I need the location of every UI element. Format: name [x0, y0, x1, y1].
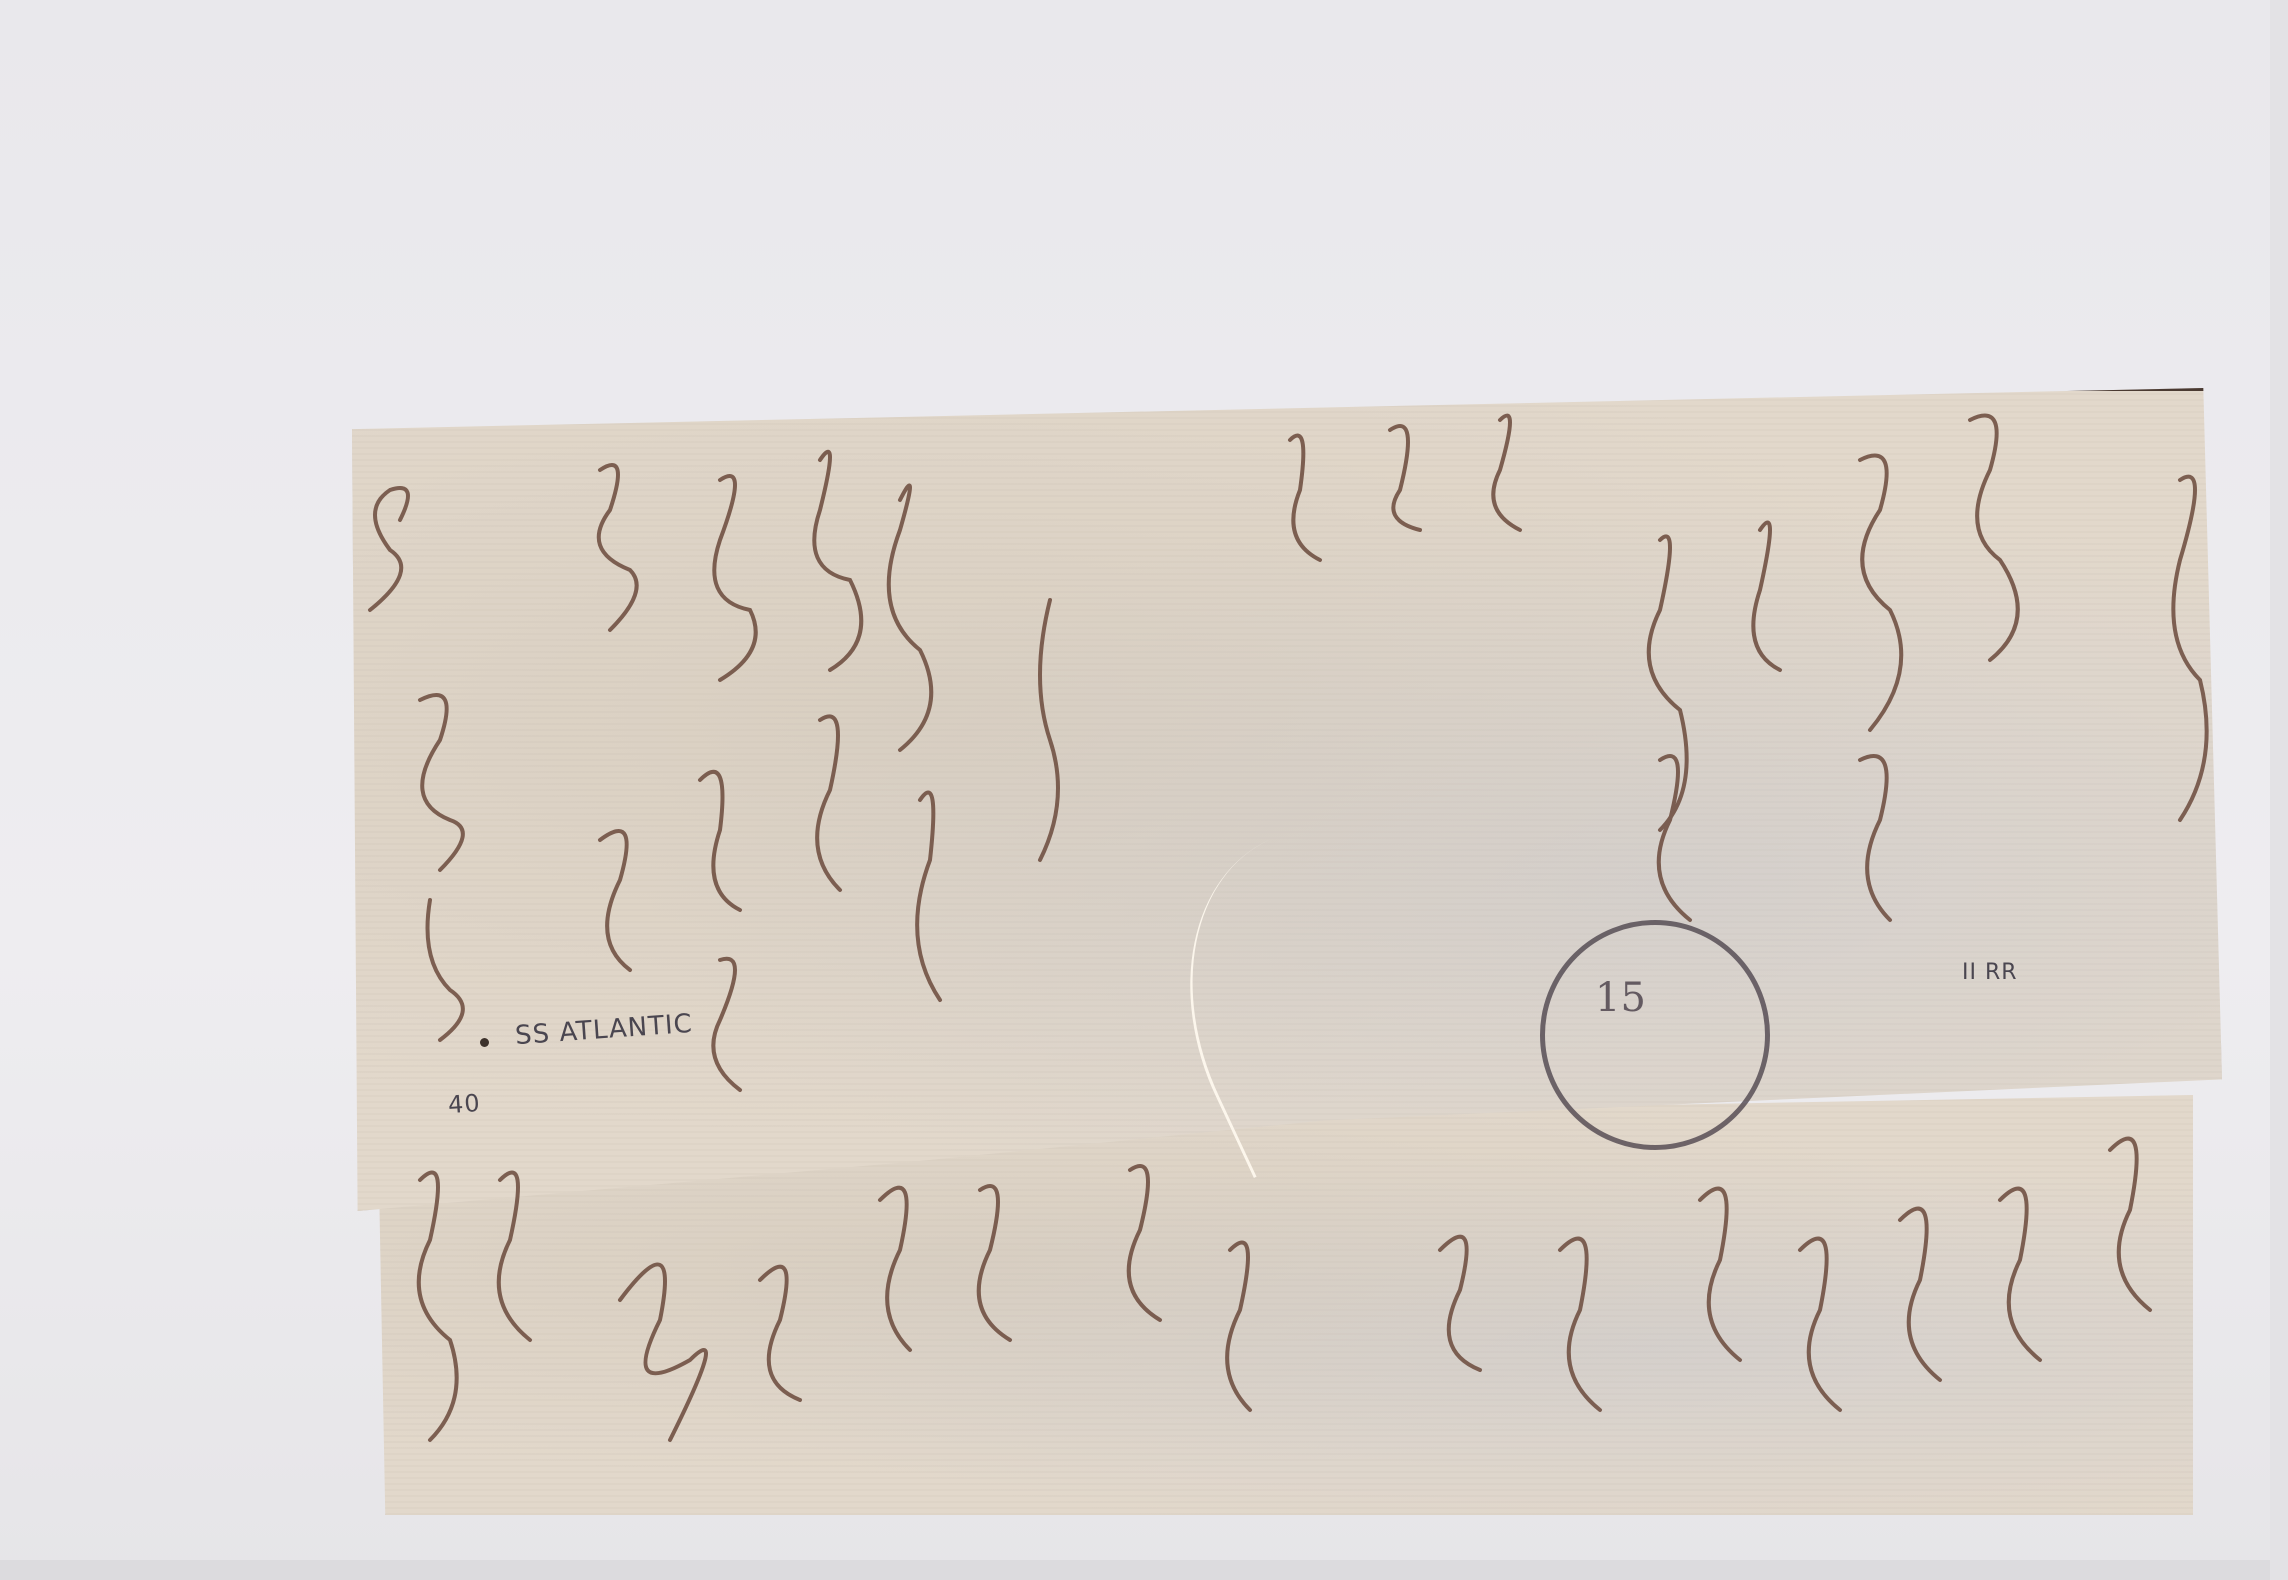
pencil-dot — [480, 1038, 489, 1047]
rate-mark-annotation: II RR — [1962, 960, 2018, 985]
price-annotation: 40 — [447, 1089, 481, 1119]
handwriting-strokes — [0, 0, 2288, 1580]
circular-postmark — [1540, 920, 1770, 1150]
folded-letter: SS ATLANTIC 40 II RR 15 — [0, 0, 2288, 1580]
postmark-text: 15 — [1595, 975, 1646, 1021]
